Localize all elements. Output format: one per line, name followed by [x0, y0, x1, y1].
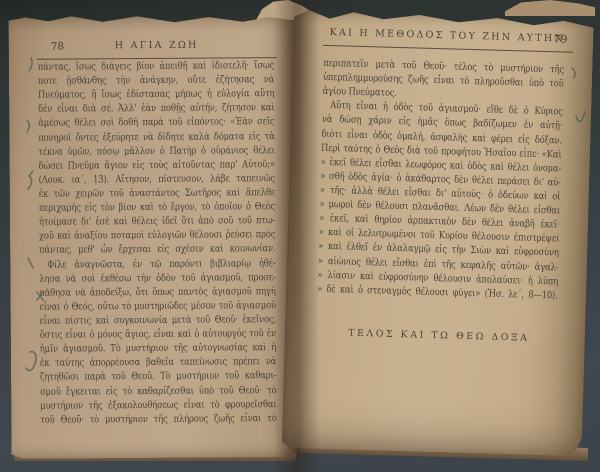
text-line: ζητηθῶσι παρὰ τοῦ Θεοῦ. Τὸ μυστήριον τοῦ… — [40, 370, 276, 386]
text-line: τοῦ Θεοῦ· τὸ μυστήριον τῆς πλήρους ζωῆς … — [40, 412, 276, 428]
left-page-text: πάντας, ἴσως διάγεις βίον ἀπειθῆ καὶ ἰδι… — [38, 59, 277, 427]
text-line: μυστήριον τῆς ἐξακολουθήσεως εἶναι τὸ φρ… — [40, 398, 276, 414]
right-running-title: ΚΑΙ Η ΜΕΘΟΔΟΣ ΤΟΥ ΖΗΝ ΑΥΤΗΝ — [323, 27, 571, 45]
right-header-rule — [323, 45, 573, 53]
text-line: σμοῦ ἔγκειται εἰς τὸ καθαρίζεσθαι ὑπὸ το… — [40, 384, 276, 400]
left-page: 78 Η ΑΓΙΑ ΖΩΗ πάντας, ἴσως διάγεις βίον … — [8, 13, 297, 459]
right-page-number: 79 — [554, 33, 568, 45]
left-page-number: 78 — [51, 41, 64, 53]
right-page: ΚΑΙ Η ΜΕΘΟΔΟΣ ΤΟΥ ΖΗΝ ΑΥΤΗΝ 79 περιπατεῖ… — [282, 8, 594, 456]
torn-page-edge-right — [505, 0, 595, 16]
text-line: πονηροὶ ὄντες ἐξεύρητε νὰ δίδητε καλὰ δό… — [38, 130, 274, 146]
closing-colophon: ΤΕΛΟΣ ΚΑΙ ΤΩ ΘΕΩ ΔΟΞΑ — [315, 327, 563, 345]
text-line: λησα νὰ σοὶ ἐκθέσω τὴν ὁδὸν τοῦ ἁγιασμοῦ… — [39, 271, 275, 287]
text-line: πάντας, μεθ' ὧν ἔρχεσαι εἰς σχέσιν καὶ κ… — [39, 243, 275, 259]
left-running-title: Η ΑΓΙΑ ΖΩΗ — [37, 39, 277, 52]
right-page-header: ΚΑΙ Η ΜΕΘΟΔΟΣ ΤΟΥ ΖΗΝ ΑΥΤΗΝ 79 — [323, 27, 571, 45]
text-line: τέκνα ὑμῶν, πόσῳ μᾶλλον ὁ Πατὴρ ὁ οὐράνι… — [38, 144, 274, 160]
book-photo: 78 Η ΑΓΙΑ ΖΩΗ πάντας, ἴσως διάγεις βίον … — [0, 0, 600, 472]
text-line: πάθησα νὰ ἀποδείξω, ὅτι ὅπως παντὸς ἁγια… — [39, 285, 275, 301]
text-line: δώσει Πνεῦμα ἅγιον εἰς τοὺς αἰτοῦντας πα… — [38, 158, 274, 174]
left-page-header: 78 Η ΑΓΙΑ ΖΩΗ — [37, 39, 277, 52]
text-line: Φίλε ἀναγνῶστα, ἐν τῷ παρόντι βιβλιαρίῳ … — [39, 257, 275, 273]
right-page-text: περιπατεῖν μετὰ τοῦ Θεοῦ· τέλος τὸ μυστή… — [317, 57, 564, 303]
text-line: ἀμέσως θέλει σοὶ δοθῆ παρὰ τοῦ εἰπόντος·… — [38, 116, 274, 132]
